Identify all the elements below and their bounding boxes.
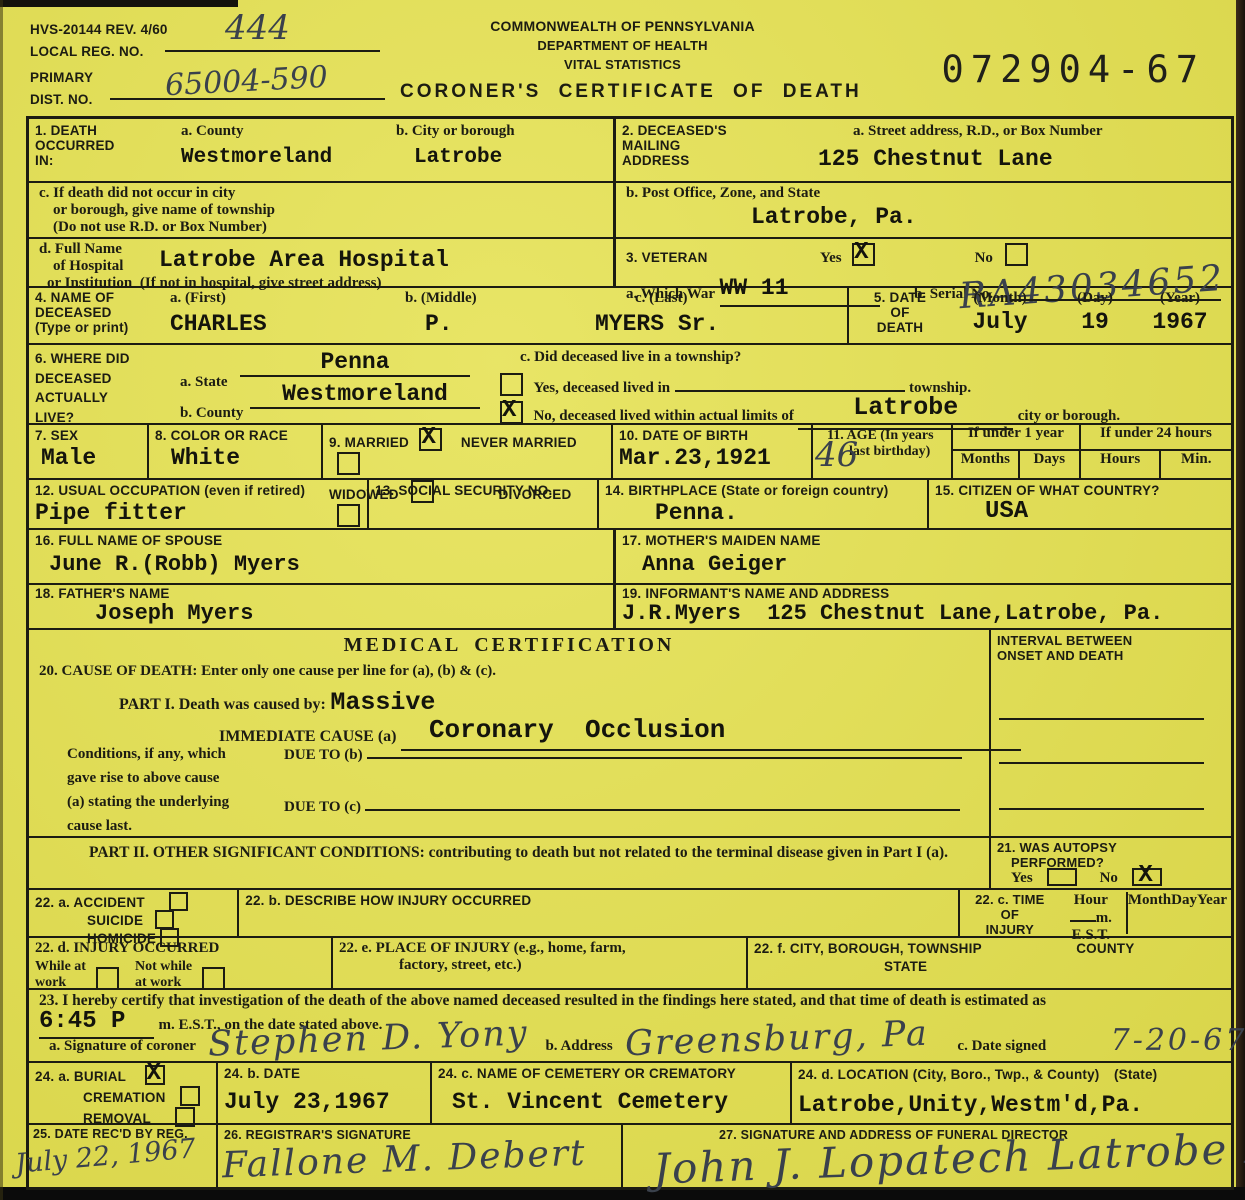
box5-day-value: 19	[1055, 309, 1135, 335]
box1b-label: b. City or borough	[396, 123, 613, 140]
local-reg-value: 444	[225, 8, 290, 48]
box24d-value: Latrobe,Unity,Westm'd,Pa.	[798, 1092, 1225, 1118]
box6-state-value: Penna	[320, 349, 389, 375]
box8-value: White	[171, 445, 315, 471]
box22c-day-label: Day	[1171, 892, 1197, 934]
box11-under1-label: If under 1 year	[953, 425, 1081, 449]
box6-state-label: a. State	[180, 374, 228, 390]
box6-label: 6. WHERE DIDDECEASEDACTUALLYLIVE?	[35, 349, 180, 427]
box23-cert-text: 23. I hereby certify that investigation …	[39, 992, 1221, 1010]
box20-due-b-line	[367, 757, 962, 759]
box4-middle-value: P.	[425, 311, 595, 337]
box20-due-c-line	[365, 809, 960, 811]
box22f-city-label: 22. f. CITY, BOROUGH, TOWNSHIP	[754, 941, 982, 956]
box23-sig-label: a. Signature of coroner	[49, 1038, 196, 1054]
box4-first-value: CHARLES	[170, 311, 385, 337]
vital-line: VITAL STATISTICS	[400, 57, 845, 72]
box21-yes-label: Yes	[1011, 870, 1033, 886]
box22d-notwhile-checkbox	[202, 967, 225, 990]
box24d-state-label: (State)	[1114, 1067, 1157, 1082]
box6-yes-checkbox	[500, 373, 523, 396]
department-line: DEPARTMENT OF HEALTH	[400, 38, 845, 53]
box22f-county-label: COUNTY	[1076, 941, 1134, 956]
box9-never-label: NEVER MARRIED	[461, 435, 577, 450]
box11-days-label: Days	[1020, 451, 1081, 478]
box3-no-checkbox	[1005, 243, 1028, 266]
box11-under24-label: If under 24 hours	[1081, 425, 1231, 449]
box10-label: 10. DATE OF BIRTH	[619, 428, 805, 443]
box2a-label: a. Street address, R.D., or Box Number	[853, 123, 1231, 140]
box23-date-label: c. Date signed	[957, 1038, 1046, 1054]
box3-label: 3. VETERAN	[626, 250, 708, 265]
box10-value: Mar.23,1921	[619, 445, 805, 471]
box1b-value: Latrobe	[414, 146, 613, 169]
box22d-while-checkbox	[96, 967, 119, 990]
dist-no-value: 65004-590	[164, 60, 328, 103]
box3-yes-label: Yes	[820, 250, 842, 266]
box20-conditions-label: Conditions, if any, whichgave rise to ab…	[67, 742, 229, 838]
box1-label: 1. DEATHOCCURREDIN:	[35, 123, 175, 168]
box4-last-label: c. (Last)	[635, 290, 841, 307]
box6-county-label: b. County	[180, 405, 243, 421]
box11-hours-label: Hours	[1081, 451, 1162, 478]
box4-first-label: a. (First)	[170, 290, 385, 307]
box20-due-c-label: DUE TO (c)	[284, 799, 361, 815]
box6-yes-text: Yes, deceased lived in	[533, 380, 670, 396]
box6-no-value: Latrobe	[853, 393, 958, 422]
box4-label: 4. NAME OFDECEASED(Type or print)	[35, 290, 170, 335]
box2b-value: Latrobe, Pa.	[751, 204, 1225, 230]
box5-day-label: (Day)	[1055, 290, 1135, 307]
box22c-month-label: Month	[1128, 892, 1171, 934]
box23-addr-label: b. Address	[545, 1038, 612, 1054]
box22e-label: 22. e. PLACE OF INJURY (e.g., home, farm…	[339, 940, 740, 974]
box5-year-label: (Year)	[1135, 290, 1225, 307]
box6-no-checkbox: X	[500, 401, 523, 424]
box15-label: 15. CITIZEN OF WHAT COUNTRY?	[935, 483, 1225, 498]
primary-label: PRIMARY	[30, 70, 93, 85]
box21-no-label: No	[1100, 870, 1118, 886]
scan-edge-left	[0, 0, 3, 1200]
box7-label: 7. SEX	[35, 428, 141, 443]
box23-sig-value: Stephen D. Yony	[208, 1013, 530, 1064]
box2a-value: 125 Chestnut Lane	[818, 146, 1231, 172]
box5-year-value: 1967	[1135, 309, 1225, 335]
death-certificate-scan: HVS-20144 REV. 4/60 LOCAL REG. NO. 444 P…	[0, 0, 1245, 1200]
box24-removal-label: REMOVAL	[83, 1111, 151, 1126]
box9-married-checkbox: X	[419, 428, 442, 451]
box19-label: 19. INFORMANT'S NAME AND ADDRESS	[622, 586, 1225, 601]
box1d-value: Latrobe Area Hospital	[159, 247, 449, 273]
box24-removal-checkbox	[175, 1107, 195, 1127]
box22f-state-label: STATE	[884, 959, 927, 974]
medical-certification-title: MEDICAL CERTIFICATION	[39, 634, 979, 657]
box21-label: 21. WAS AUTOPSY	[997, 840, 1225, 855]
box15-value: USA	[985, 498, 1225, 525]
box6-county-value: Westmoreland	[282, 381, 448, 407]
box11-months-label: Months	[953, 451, 1020, 478]
box5-month-label: (Month)	[945, 290, 1055, 307]
box24-cremation-checkbox	[180, 1086, 200, 1106]
box20-massive-value: Massive	[330, 688, 435, 717]
box9-married-label: 9. MARRIED	[329, 435, 409, 450]
box22c-hour-label: Hour	[1056, 892, 1126, 909]
box4-last-value: MYERS Sr.	[595, 311, 841, 337]
interval-line-c	[999, 808, 1204, 810]
box18-label: 18. FATHER'S NAME	[35, 586, 607, 601]
box19-value: J.R.Myers 125 Chestnut Lane,Latrobe, Pa.	[622, 601, 1225, 626]
box3-yes-checkbox: X	[852, 243, 875, 266]
commonwealth-line: COMMONWEALTH OF PENNSYLVANIA	[400, 18, 845, 34]
box5-month-value: July	[945, 309, 1055, 335]
box18-value: Joseph Myers	[95, 601, 607, 626]
box24b-value: July 23,1967	[224, 1089, 424, 1115]
dist-no-label: DIST. NO.	[30, 92, 93, 107]
certificate-number-stamp: 072904-67	[942, 48, 1205, 91]
box24-burial-label: 24. a. BURIAL	[35, 1069, 126, 1084]
box24b-label: 24. b. DATE	[224, 1066, 424, 1081]
box8-label: 8. COLOR OR RACE	[155, 428, 315, 443]
box24-burial-checkbox: X	[145, 1065, 165, 1085]
box6c-label: c. Did deceased live in a township?	[520, 349, 1225, 366]
certificate-grid: 1. DEATHOCCURREDIN: a. County Westmorela…	[26, 116, 1234, 1190]
box17-label: 17. MOTHER'S MAIDEN NAME	[622, 533, 1225, 548]
local-reg-label: LOCAL REG. NO.	[30, 44, 144, 59]
box6-no-text: No, deceased lived within actual limits …	[533, 408, 793, 424]
box20-cause-a-value: Coronary Occlusion	[429, 715, 725, 745]
box21-no-checkbox: X	[1132, 868, 1162, 886]
interval-line-b	[999, 762, 1204, 764]
box1c-label: c. If death did not occur in city or bor…	[39, 185, 607, 236]
box23-addr-value: Greensburg, Pa	[625, 1014, 930, 1065]
box24d-label: 24. d. LOCATION (City, Boro., Twp., & Co…	[798, 1067, 1100, 1082]
box9-never-checkbox	[337, 452, 360, 475]
box16-value: June R.(Robb) Myers	[49, 552, 607, 577]
box24c-label: 24. c. NAME OF CEMETERY OR CREMATORY	[438, 1066, 784, 1081]
box22d-label: 22. d. INJURY OCCURRED	[35, 940, 325, 957]
interval-line-a	[999, 718, 1204, 720]
box1a-value: Westmoreland	[181, 146, 396, 169]
box16-label: 16. FULL NAME OF SPOUSE	[35, 533, 607, 548]
box4-middle-label: b. (Middle)	[405, 290, 595, 307]
part2-text: PART II. OTHER SIGNIFICANT CONDITIONS: c…	[89, 844, 979, 862]
box20-part1-label: PART I. Death was caused by:	[119, 696, 326, 713]
box3-no-label: No	[975, 250, 993, 266]
box12-value: Pipe fitter	[35, 500, 361, 526]
form-title: CORONER'S CERTIFICATE OF DEATH	[400, 81, 845, 103]
box22a-accident-label: 22. a. ACCIDENT	[35, 895, 145, 910]
box2b-label: b. Post Office, Zone, and State	[626, 185, 1225, 202]
box11-min-label: Min.	[1161, 451, 1231, 478]
box17-value: Anna Geiger	[642, 552, 1225, 577]
form-number: HVS-20144 REV. 4/60	[30, 22, 168, 37]
box22c-m-label: m.	[1096, 910, 1112, 926]
box14-value: Penna.	[655, 500, 921, 526]
box21-yes-checkbox	[1047, 868, 1077, 886]
box13-label: 13. SOCIAL SECURITY NO.	[375, 483, 591, 498]
box14-label: 14. BIRTHPLACE (State or foreign country…	[605, 483, 921, 498]
interval-label: INTERVAL BETWEENONSET AND DEATH	[997, 633, 1225, 663]
local-reg-line	[165, 50, 380, 52]
box5-label: 5. DATEOFDEATH	[855, 290, 945, 335]
box23-date-value: 7-20-67	[1111, 1023, 1245, 1058]
box22c-year-label: Year	[1197, 892, 1227, 934]
box24c-value: St. Vincent Cemetery	[452, 1089, 784, 1115]
box24-cremation-label: CREMATION	[83, 1090, 166, 1105]
box20-label: 20. CAUSE OF DEATH: Enter only one cause…	[39, 663, 979, 680]
box11-value: 46	[815, 435, 858, 475]
box12-label: 12. USUAL OCCUPATION (even if retired)	[35, 483, 361, 498]
box2-label: 2. DECEASED'SMAILINGADDRESS	[622, 123, 757, 168]
box22a-accident-checkbox	[169, 892, 188, 911]
box20-immediate-label: IMMEDIATE CAUSE (a)	[219, 728, 396, 745]
box22b-label: 22. b. DESCRIBE HOW INJURY OCCURRED	[245, 893, 952, 908]
box20-due-b-label: DUE TO (b)	[284, 747, 363, 763]
box22a-suicide-checkbox	[155, 910, 174, 929]
box22a-suicide-label: SUICIDE	[87, 913, 143, 928]
box22c-label: 22. c. TIME	[964, 892, 1056, 907]
box7-value: Male	[41, 445, 141, 471]
form-header: HVS-20144 REV. 4/60 LOCAL REG. NO. 444 P…	[0, 0, 1245, 116]
box6-city-suffix: city or borough.	[1018, 408, 1120, 424]
box1a-label: a. County	[181, 123, 396, 140]
